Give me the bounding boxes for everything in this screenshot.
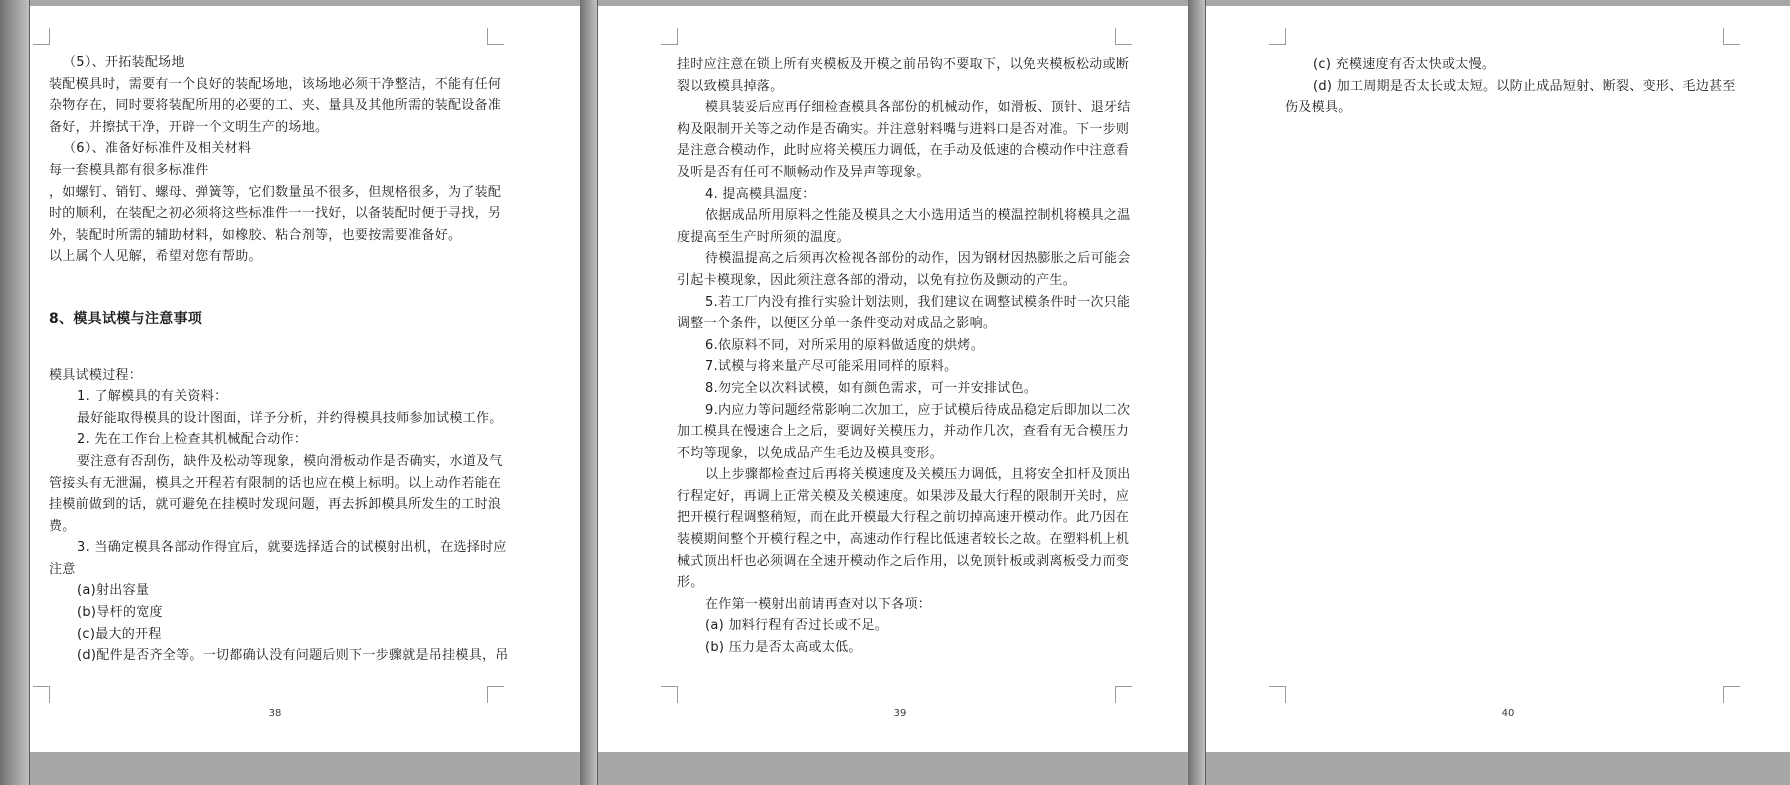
- crop-mark-top-right: [1115, 28, 1132, 45]
- crop-mark-bottom-right: [487, 686, 504, 703]
- text-line: 4. 提高模具温度：: [677, 184, 1129, 206]
- crop-mark-bottom-left: [661, 686, 678, 703]
- text-line: 2. 先在工作台上检查其机械配合动作：: [49, 429, 501, 451]
- page-39: 挂时应注意在锁上所有夹模板及开模之前吊钩不要取下，以免夹模板松动或断 裂以致模具…: [598, 6, 1188, 752]
- text-line: (a) 加料行程有否过长或不足。: [677, 615, 1129, 637]
- text-line: 待模温提高之后须再次检视各部份的动作，因为钢材因热膨胀之后可能会: [677, 248, 1129, 270]
- text-line: (b) 压力是否太高或太低。: [677, 637, 1129, 659]
- text-line: 引起卡模现象，因此须注意各部的滑动，以免有拉伤及颤动的产生。: [677, 270, 1129, 292]
- text-line: 是注意合模动作，此时应将关模压力调低，在手动及低速的合模动作中注意看: [677, 140, 1129, 162]
- text-line: (a)射出容量: [49, 580, 501, 602]
- page-39-text: 挂时应注意在锁上所有夹模板及开模之前吊钩不要取下，以免夹模板松动或断 裂以致模具…: [677, 54, 1129, 659]
- page-gutter-2: [1188, 0, 1206, 785]
- text-line: 时的顺利，在装配之初必须将这些标准件一一找好，以备装配时便于寻找，另: [49, 203, 501, 225]
- text-line: (d)配件是否齐全等。一切都确认没有问题后则下一步骤就是吊挂模具，吊: [49, 645, 501, 667]
- text-line: 备好，并擦拭干净，开辟一个文明生产的场地。: [49, 117, 501, 139]
- text-line: 管接头有无泄漏，模具之开程若有限制的话也应在模上标明。以上动作若能在: [49, 473, 501, 495]
- page-number: 40: [1478, 708, 1538, 719]
- text-line: 5.若工厂内没有推行实验计划法则，我们建议在调整试模条件时一次只能: [677, 292, 1129, 314]
- text-line: 行程定好，再调上正常关模及关模速度。如果涉及最大行程的限制开关时，应: [677, 486, 1129, 508]
- text-line: 费。: [49, 516, 501, 538]
- section-heading: 8、模具试模与注意事项: [49, 309, 501, 331]
- text-line: 9.内应力等问题经常影响二次加工，应于试模后待成品稳定后即加以二次: [677, 400, 1129, 422]
- text-line: 挂模前做到的话，就可避免在挂模时发现问题，再去拆卸模具所发生的工时浪: [49, 494, 501, 516]
- page-38: （5）、开拓装配场地 装配模具时，需要有一个良好的装配场地，该场地必须干净整洁，…: [30, 6, 580, 752]
- text-line: 7.试模与将来量产尽可能采用同样的原料。: [677, 356, 1129, 378]
- text-line: 以上属个人见解，希望对您有帮助。: [49, 246, 501, 268]
- text-line: 挂时应注意在锁上所有夹模板及开模之前吊钩不要取下，以免夹模板松动或断: [677, 54, 1129, 76]
- document-workspace: （5）、开拓装配场地 装配模具时，需要有一个良好的装配场地，该场地必须干净整洁，…: [0, 0, 1790, 785]
- text-line: (b)导杆的宽度: [49, 602, 501, 624]
- text-line: 裂以致模具掉落。: [677, 76, 1129, 98]
- page-number: 39: [870, 708, 930, 719]
- text-line: 度提高至生产时所须的温度。: [677, 227, 1129, 249]
- crop-mark-top-right: [487, 28, 504, 45]
- page-gutter-left: [0, 0, 30, 785]
- crop-mark-top-left: [1269, 28, 1286, 45]
- text-line: 伤及模具。: [1285, 97, 1737, 119]
- crop-mark-bottom-right: [1115, 686, 1132, 703]
- text-line: （5）、开拓装配场地: [49, 52, 501, 74]
- text-line: 调整一个条件，以便区分单一条件变动对成品之影响。: [677, 313, 1129, 335]
- crop-mark-bottom-right: [1723, 686, 1740, 703]
- text-line: 形。: [677, 572, 1129, 594]
- text-line: 要注意有否刮伤，缺件及松动等现象，模向滑板动作是否确实，水道及气: [49, 451, 501, 473]
- crop-mark-top-right: [1723, 28, 1740, 45]
- crop-mark-top-left: [33, 28, 50, 45]
- text-line: 外，装配时所需的辅助材料，如橡胶、粘合剂等，也要按需要准备好。: [49, 225, 501, 247]
- text-line: 不均等现象，以免成品产生毛边及模具变形。: [677, 443, 1129, 465]
- text-line: 械式顶出杆也必须调在全速开模动作之后作用，以免顶针板或剥离板受力而变: [677, 551, 1129, 573]
- text-line: （6）、准备好标准件及相关材料: [49, 138, 501, 160]
- text-line: 3. 当确定模具各部动作得宜后，就要选择适合的试模射出机，在选择时应: [49, 537, 501, 559]
- text-line: 模具试模过程：: [49, 365, 501, 387]
- crop-mark-bottom-left: [1269, 686, 1286, 703]
- text-line: 最好能取得模具的设计图面，详予分析，并约得模具技师参加试模工作。: [49, 408, 501, 430]
- text-line: ，如螺钉、销钉、螺母、弹簧等，它们数量虽不很多，但规格很多，为了装配: [49, 182, 501, 204]
- text-line: 装配模具时，需要有一个良好的装配场地，该场地必须干净整洁，不能有任何: [49, 74, 501, 96]
- text-line: (d) 加工周期是否太长或太短。以防止成品短射、断裂、变形、毛边甚至: [1285, 76, 1737, 98]
- text-line: 6.依原料不同，对所采用的原料做适度的烘烤。: [677, 335, 1129, 357]
- text-line: 构及限制开关等之动作是否确实。并注意射料嘴与进料口是否对准。下一步则: [677, 119, 1129, 141]
- page-40: (c) 充模速度有否太快或太慢。 (d) 加工周期是否太长或太短。以防止成品短射…: [1206, 6, 1790, 752]
- text-line: 注意: [49, 559, 501, 581]
- text-line: (c)最大的开程: [49, 624, 501, 646]
- text-line: 及听是否有任可不顺畅动作及异声等现象。: [677, 162, 1129, 184]
- text-line: 1. 了解模具的有关资料：: [49, 386, 501, 408]
- page-number: 38: [245, 708, 305, 719]
- text-line: 8.勿完全以次料试模，如有颜色需求，可一并安排试色。: [677, 378, 1129, 400]
- text-line: 模具装妥后应再仔细检查模具各部份的机械动作，如滑板、顶针、退牙结: [677, 97, 1129, 119]
- text-line: 每一套模具都有很多标准件: [49, 160, 501, 182]
- text-line: 以上步骤都检查过后再将关模速度及关模压力调低，且将安全扣杆及顶出: [677, 464, 1129, 486]
- text-line: 把开模行程调整稍短，而在此开模最大行程之前切掉高速开模动作。此乃因在: [677, 507, 1129, 529]
- page-gutter-1: [580, 0, 598, 785]
- crop-mark-bottom-left: [33, 686, 50, 703]
- text-line: 依据成品所用原料之性能及模具之大小选用适当的模温控制机将模具之温: [677, 205, 1129, 227]
- text-line: 加工模具在慢速合上之后，要调好关模压力，并动作几次，查看有无合模压力: [677, 421, 1129, 443]
- crop-mark-top-left: [661, 28, 678, 45]
- text-line: 装模期间整个开模行程之中，高速动作行程比低速者较长之故。在塑料机上机: [677, 529, 1129, 551]
- page-38-text: （5）、开拓装配场地 装配模具时，需要有一个良好的装配场地，该场地必须干净整洁，…: [49, 52, 501, 667]
- text-line: 杂物存在，同时要将装配所用的必要的工、夹、量具及其他所需的装配设备准: [49, 95, 501, 117]
- text-line: 在作第一模射出前请再查对以下各项：: [677, 594, 1129, 616]
- text-line: (c) 充模速度有否太快或太慢。: [1285, 54, 1737, 76]
- page-40-text: (c) 充模速度有否太快或太慢。 (d) 加工周期是否太长或太短。以防止成品短射…: [1285, 54, 1737, 119]
